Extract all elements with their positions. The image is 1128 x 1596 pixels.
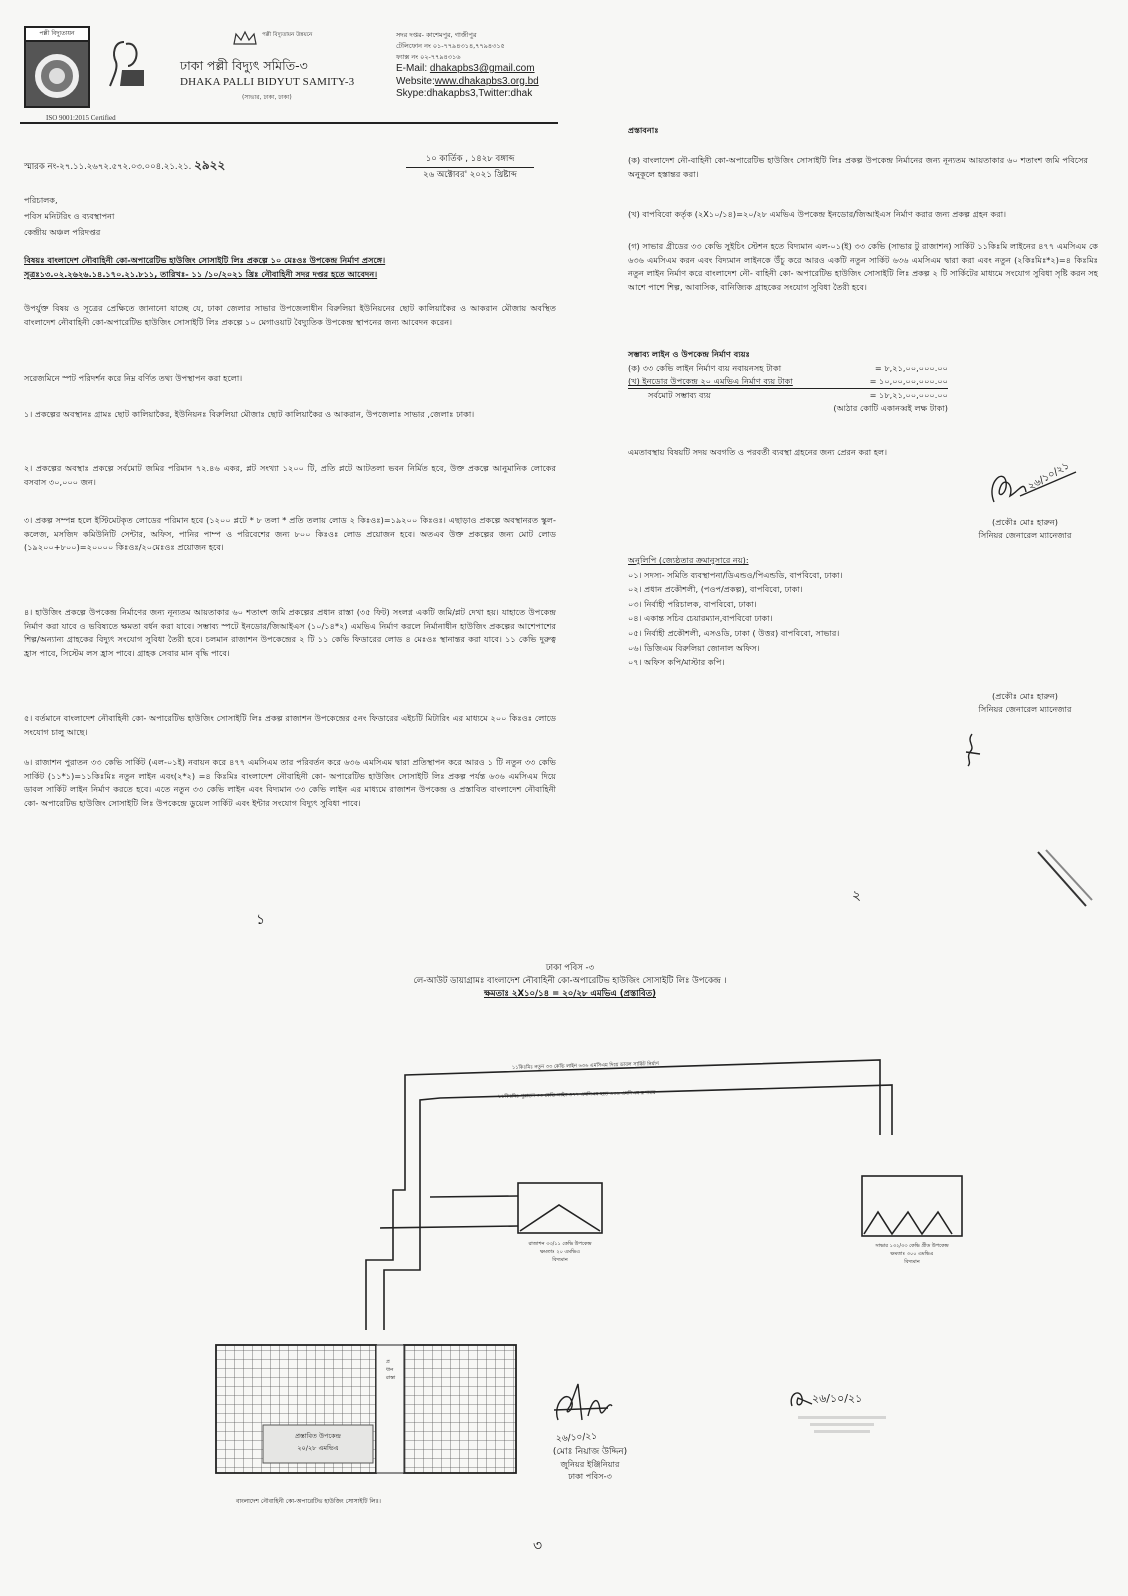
engineer-signature-icon: [548, 1380, 628, 1436]
cost-table: (ক) ৩৩ কেভি লাইন নির্মাণ ব্যয় নবায়নসহ …: [628, 362, 948, 415]
left-substation-name: রাজাশন ৩৩/১১ কেভি উপকেন্দ্র: [500, 1240, 620, 1248]
cost-row-value: = ৮,২১,০০,০০০.০০: [875, 362, 948, 375]
closing-line: এমতাবস্থায় বিষয়টি সদয় অবগতি ও পরবর্তী…: [628, 446, 1088, 460]
email-label: E-Mail:: [396, 63, 430, 74]
memo-number-line: স্মারক নং-২৭.১১.২৬৭২.৫৭২.০৩.০০৪.২১.২১. ২…: [24, 157, 225, 177]
proposed-substation-name: প্রস্তাবিত উপকেন্দ্র: [266, 1430, 370, 1442]
proposed-substation-capacity: ২০/২৮ এমভিএ: [266, 1442, 370, 1454]
engineer-name: (মোঃ নিয়াজ উদ্দিন): [530, 1446, 650, 1458]
point-2: ২। প্রকল্পের অবস্থাঃ প্রকল্পে সর্বমোট জম…: [24, 462, 556, 489]
right-substation-status: বিদ্যমান: [842, 1258, 982, 1266]
crown-caption: পল্লী বিদ্যুতায়ন উন্নয়নে: [262, 32, 372, 39]
signatory-name: (প্রকৌঃ মোঃ হারুন): [960, 516, 1090, 529]
point-1: ১। প্রকল্পের অবস্থানঃ গ্রামঃ ছোট কালিয়া…: [24, 408, 556, 422]
page-number-2: ২: [852, 884, 861, 908]
website-link[interactable]: www.dhakapbs3.org.bd: [435, 76, 539, 87]
memo-serial-handwritten: ২৯২২: [194, 158, 225, 172]
cost-row-label: (খ) ইনডোর উপকেন্দ্র ২০ এমভিএ নির্মাণ ব্য…: [628, 375, 793, 388]
cc-item: ০১। সদস্য- সমিতি ব্যবস্থাপনা/ডিএন্ডও/পিএ…: [628, 568, 842, 583]
cost-total-value: = ১৮,২১,০০,০০০.০০: [870, 389, 948, 402]
inner-line-label: ১১কিঃমিঃ পুরাতন ৩৩ কেভি লাইন ৪৭৭ এমসিএম …: [498, 1090, 656, 1102]
fax-line: ফ্যাক্স নং ০২-৭৭৯৪৩১৬: [396, 52, 539, 63]
signatory-block: (প্রকৌঃ মোঃ হারুন) সিনিয়র জেনারেল ম্যান…: [960, 516, 1090, 542]
cost-total-label: সর্বমোট সম্ভাব্য ব্যয়: [648, 389, 711, 402]
diagram-title-block: ঢাকা পবিস -৩ লে-আউট ডায়াগ্রামঃ বাংলাদেশ…: [330, 962, 810, 1001]
page-number-3: ৩: [533, 1534, 542, 1558]
second-signature-date: ২৬/১০/২১: [812, 1392, 862, 1405]
cost-row-value: = ১০,০০,০০,০০০.০০: [870, 375, 948, 388]
recipient-block: পরিচালক, পবিস মনিটরিং ও ব্যবস্থাপনা কেন্…: [24, 192, 114, 240]
outer-line-label: ১১কিঃমিঃ নতুন ৩৩ কেভি লাইন ৬৩৬ এমসিএম দি…: [512, 1061, 659, 1073]
cost-row: (খ) ইনডোর উপকেন্দ্র ২০ এমভিএ নির্মাণ ব্য…: [628, 375, 948, 389]
right-substation-label: সাভার ১৩২/৩৩ কেভি গ্রীড উপকেন্দ্র ক্ষমতা…: [842, 1242, 982, 1266]
cc-item: ০৪। একান্ত সচিব চেয়ারম্যান,বাপবিবো ঢাকা…: [628, 611, 842, 626]
proposal-a: (ক) বাংলাদেশ নৌ-বাহিনী কো-অপারেটিভ হাউজি…: [628, 154, 1088, 181]
cc-block: অনুলিপি (জ্যেষ্ঠতার ক্রমানুসারে নয়): ০১…: [628, 553, 842, 670]
cc-item: ০৫। নির্বাহী প্রকৌশলী, এসওডি, ঢাকা ( উত্…: [628, 626, 842, 641]
signatory-title: সিনিয়র জেনারেল ম্যানেজার: [960, 529, 1090, 542]
reference-line: সূত্রঃ১৩.০২.২৬২৬.১৪.১৭০.২১.৮১১, তারিখঃ- …: [24, 267, 544, 281]
cc-item: ০৩। নির্বাহী পরিচালক, বাপবিবো, ঢাকা।: [628, 597, 842, 612]
left-substation-capacity: ক্ষমতাঃ ২০ এমভিএ: [500, 1248, 620, 1256]
engineer-title: জুনিয়র ইঞ্জিনিয়ার: [530, 1458, 650, 1470]
diagram-org: ঢাকা পবিস -৩: [330, 962, 810, 975]
cost-total-words: (আঠার কোটি একানব্বই লক্ষ টাকা): [628, 402, 948, 415]
organization-logo: পল্লী বিদ্যুতায়ন: [24, 26, 90, 108]
signatory-block-repeat: (প্রকৌঃ মোঃ হারুন) সিনিয়র জেনারেল ম্যান…: [960, 690, 1090, 716]
engineer-signature-date: ২৬/১০/২১: [556, 1431, 598, 1447]
scan-fold-mark: [1036, 848, 1096, 910]
signatory-title: সিনিয়র জেনারেল ম্যানেজার: [960, 703, 1090, 716]
signatory-name: (প্রকৌঃ মোঃ হারুন): [960, 690, 1090, 703]
proposal-c: (গ) সাভার গ্রীডের ৩৩ কেভি সুইচিং স্টেশন …: [628, 240, 1098, 294]
portrait-icon: [106, 36, 146, 92]
hq-line: সদর দপ্তর- কাশেমপুর, গাজীপুর: [396, 30, 539, 41]
memo-number: স্মারক নং-২৭.১১.২৬৭২.৫৭২.০৩.০০৪.২১.২১.: [24, 162, 191, 172]
cost-row-label: (ক) ৩৩ কেভি লাইন নির্মাণ ব্যয় নবায়নসহ …: [628, 362, 781, 375]
cc-item: ০৬। ডিজিএম বিরুলিয়া জোনাল অফিস।: [628, 641, 842, 656]
engineer-signatory-block: (মোঃ নিয়াজ উদ্দিন) জুনিয়র ইঞ্জিনিয়ার …: [530, 1446, 650, 1482]
cc-heading: অনুলিপি (জ্যেষ্ঠতার ক্রমানুসারে নয়):: [628, 553, 842, 568]
right-substation-capacity: ক্ষমতাঃ ৩০০ এমভিএ: [842, 1250, 982, 1258]
proposed-substation-box: প্রস্তাবিত উপকেন্দ্র ২০/২৮ এমভিএ: [266, 1430, 370, 1454]
phone-line: টেলিফোন নং ০১-৭৭৯৪৩১৪,৭৭৯৪৩১৫: [396, 41, 539, 52]
date-block: ১০ কার্তিক , ১৪২৮ বঙ্গাব্দ ২৬ অক্টোবর' ২…: [406, 152, 534, 183]
proposal-b: (খ) বাপবিবো কর্তৃক (২X১০/১৪)=২০/২৮ এমভিএ…: [628, 208, 1098, 222]
point-3: ৩। প্রকল্প সম্পন্ন হলে ইস্টিমেটকৃত লোডের…: [24, 514, 556, 555]
subject-block: বিষয়ঃ বাংলাদেশ নৌবাহিনী কো-অপারেটিভ হাউ…: [24, 253, 544, 281]
recipient-line: পরিচালক,: [24, 192, 114, 208]
diagram-title: লে-আউট ডায়াগ্রামঃ বাংলাদেশ নৌবাহিনী কো-…: [330, 975, 810, 988]
point-6: ৬। রাজাশন পুরাতন ৩৩ কেভি সার্কিট (এল-০১ই…: [24, 756, 556, 810]
cc-item: ০৭। অফিস কপি/মাস্টার কপি।: [628, 655, 842, 670]
cc-item: ০২। প্রধান প্রকৌশলী, (পওপ/প্রকল্প), বাপব…: [628, 582, 842, 597]
faded-stamp: [792, 1412, 892, 1438]
initial-scribble-icon: [962, 732, 982, 768]
site-caption: বাংলাদেশ নৌবাহিনী কো-অপারেটিভ হাউজিং সোস…: [236, 1496, 381, 1507]
org-address: (সাভার, ঢাকা, ঢাকা): [242, 92, 292, 103]
iso-certification: ISO 9001:2015 Certified: [46, 114, 116, 122]
page-number-1: ১: [256, 908, 265, 932]
road-label: প্রধান রাস্তা: [386, 1358, 394, 1382]
org-name-bangla: ঢাকা পল্লী বিদ্যুৎ সমিতি-৩: [180, 58, 308, 78]
proposals-heading: প্রস্তাবনাঃ: [628, 124, 659, 137]
cost-heading: সম্ভাব্য লাইন ও উপকেন্দ্র নির্মাণ ব্যয়ঃ: [628, 348, 750, 361]
recipient-line: পবিস মনিটরিং ও ব্যবস্থাপনা: [24, 208, 114, 224]
recipient-line: কেন্দ্রীয় অঞ্চল পরিদপ্তর: [24, 224, 114, 240]
skype-line: Skype:dhakapbs3,Twitter:dhak: [396, 88, 539, 101]
engineer-org: ঢাকা পবিস-৩: [530, 1470, 650, 1482]
header-divider: [20, 122, 558, 124]
intro-paragraph: উপর্যুক্ত বিষয় ও সূত্রের প্রেক্ষিতে জান…: [24, 302, 556, 329]
left-substation-label: রাজাশন ৩৩/১১ কেভি উপকেন্দ্র ক্ষমতাঃ ২০ এ…: [500, 1240, 620, 1264]
date-bangla: ১০ কার্তিক , ১৪২৮ বঙ্গাব্দ: [406, 152, 534, 168]
date-gregorian: ২৬ অক্টোবর' ২০২১ খ্রিষ্টাব্দ: [406, 168, 534, 183]
logo-caption: পল্লী বিদ্যুতায়ন: [26, 28, 88, 42]
email-link[interactable]: dhakapbs3@gmail.com: [430, 63, 535, 74]
contact-block: সদর দপ্তর- কাশেমপুর, গাজীপুর টেলিফোন নং …: [396, 30, 539, 101]
point-4: ৪। হাউজিং প্রকল্পে উপকেন্দ্র নির্মাণের জ…: [24, 606, 556, 660]
right-substation-name: সাভার ১৩২/৩৩ কেভি গ্রীড উপকেন্দ্র: [842, 1242, 982, 1250]
inspection-paragraph: সরেজমিনে স্পট পরিদর্শন করে নিম্ন বর্ণিত …: [24, 372, 556, 386]
cost-total-row: সর্বমোট সম্ভাব্য ব্যয় = ১৮,২১,০০,০০০.০০: [628, 389, 948, 402]
cost-row: (ক) ৩৩ কেভি লাইন নির্মাণ ব্যয় নবায়নসহ …: [628, 362, 948, 375]
crown-emblem-icon: [232, 30, 258, 46]
website-label: Website:: [396, 76, 435, 87]
left-substation-status: বিদ্যমান: [500, 1256, 620, 1264]
subject-line: বিষয়ঃ বাংলাদেশ নৌবাহিনী কো-অপারেটিভ হাউ…: [24, 253, 544, 267]
logo-emblem-icon: [35, 54, 79, 98]
diagram-capacity: ক্ষমতাঃ ২X১০/১৪ = ২০/২৮ এমভিএ (প্রস্তাবি…: [330, 988, 810, 1001]
point-5: ৫। বর্তমানে বাংলাদেশ নৌবাহিনী কো- অপারেট…: [24, 712, 556, 739]
org-name-english: DHAKA PALLI BIDYUT SAMITY-3: [180, 76, 354, 88]
